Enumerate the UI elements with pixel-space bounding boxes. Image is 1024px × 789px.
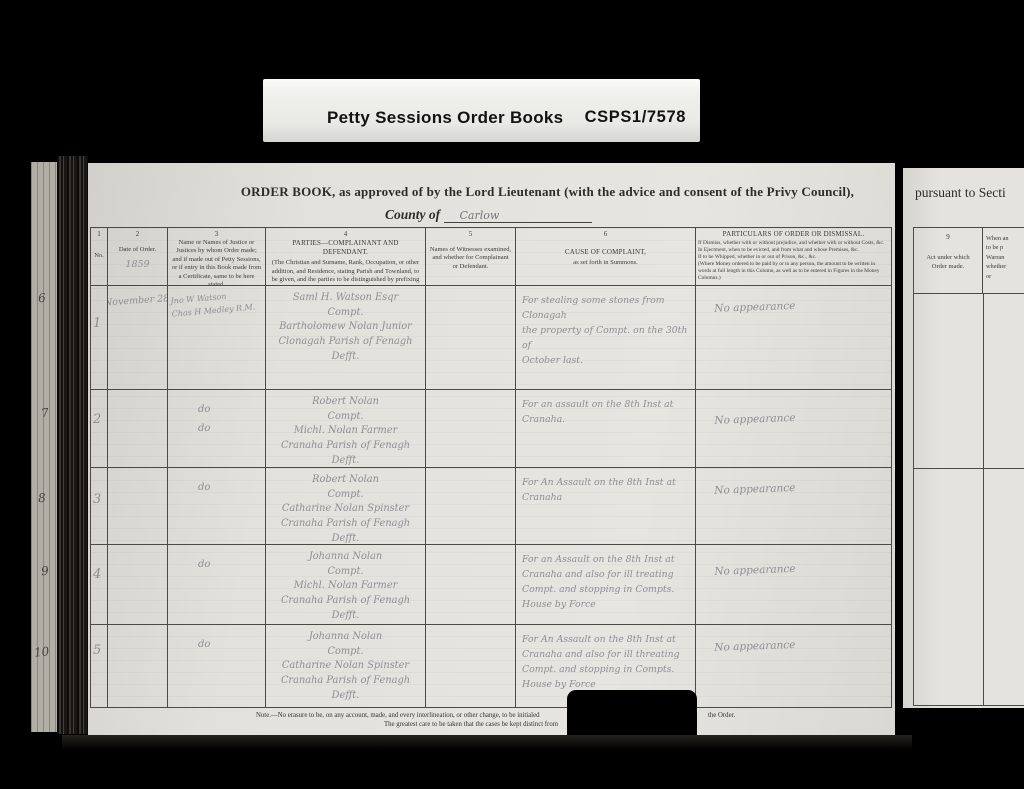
order-book-table: 1 No. 2 Date of Order. 1859 3 Name or Na… [90, 227, 892, 708]
entry-number: 4 [93, 567, 101, 582]
cell-no: 3 [91, 468, 108, 544]
cell-date [108, 545, 168, 624]
header-cell-parties: 4 PARTIES—COMPLAINANT AND DEFENDANT. (Th… [266, 228, 426, 285]
column-number: 6 [516, 228, 695, 238]
header-justices-label: Name or Names of Justice or Justices by … [168, 238, 265, 285]
column-number: 4 [266, 228, 425, 238]
facing-page-act-column: 9 Act under which Order made. [914, 228, 983, 293]
entry-row-4: 4 do Johanna Nolan Compt. Michl. Nolan F… [91, 545, 891, 625]
column-number: 3 [168, 228, 265, 238]
cell-justices: Jno W Watson Chas H Medley R.M. [168, 286, 266, 389]
entry-row-2: 2 do do Robert Nolan Compt. Michl. Nolan… [91, 390, 891, 468]
entry-row-1: 1 November 28th Jno W Watson Chas H Medl… [91, 286, 891, 390]
cell-witnesses [426, 545, 516, 624]
cell-justices: do [168, 545, 266, 624]
header-no-label: No. [91, 238, 107, 261]
entry-date: November 28th [108, 292, 168, 308]
column-number: 1 [91, 228, 107, 238]
archive-reference-code: CSPS1/7578 [585, 108, 686, 127]
entry-justices: do [198, 635, 210, 654]
facing-page-column-divider [983, 294, 984, 706]
header-parties-subtext: (The Christian and Surname, Rank, Occupa… [266, 258, 425, 285]
header-cause-subtext: as set forth in Summons. [516, 258, 695, 268]
entry-cause: For stealing some stones from Clonagah t… [516, 286, 695, 368]
header-parties-label: PARTIES—COMPLAINANT AND DEFENDANT. [266, 238, 425, 258]
cell-parties: Robert Nolan Compt. Catharine Nolan Spin… [266, 468, 426, 544]
cell-no: 4 [91, 545, 108, 624]
cell-witnesses [426, 625, 516, 707]
entry-parties: Saml H. Watson Esqr Compt. Bartholomew N… [266, 286, 425, 364]
entry-parties: Johanna Nolan Compt. Catharine Nolan Spi… [266, 625, 425, 703]
header-cell-date: 2 Date of Order. 1859 [108, 228, 168, 285]
entry-number: 5 [93, 643, 101, 658]
column-number: 2 [108, 228, 167, 238]
entry-number: 1 [93, 316, 101, 331]
page-bottom-shadow [62, 735, 912, 752]
header-particulars-label: PARTICULARS OF ORDER OR DISMISSAL. [696, 228, 891, 240]
entry-order: No appearance [696, 468, 891, 497]
facing-page-header-row: 9 Act under which Order made. When an to… [914, 228, 1024, 294]
entry-order: No appearance [696, 286, 891, 315]
cell-cause: For stealing some stones from Clonagah t… [516, 286, 696, 389]
cell-order: No appearance [696, 468, 891, 544]
entry-number: 3 [93, 492, 101, 507]
margin-row-number: 7 [40, 406, 49, 421]
facing-page-row-line [914, 705, 1024, 706]
entry-cause: For An Assault on the 8th Inst at Cranah… [516, 468, 695, 506]
header-cell-particulars: PARTICULARS OF ORDER OR DISMISSAL. If Di… [696, 228, 891, 285]
cell-no: 2 [91, 390, 108, 467]
entry-cause: For an assault on the 8th Inst at Cranah… [516, 390, 695, 428]
cell-justices: do do [168, 390, 266, 467]
scanned-register-photo: Petty Sessions Order Books CSPS1/7578 6 … [0, 0, 1024, 789]
cell-date [108, 390, 168, 467]
facing-page-partial: pursuant to Secti 9 Act under which Orde… [903, 168, 1024, 708]
handwritten-year: 1859 [108, 259, 167, 270]
entry-row-5: 5 do Johanna Nolan Compt. Catharine Nola… [91, 625, 891, 707]
entry-parties: Robert Nolan Compt. Michl. Nolan Farmer … [266, 390, 425, 467]
margin-row-number: 10 [33, 644, 50, 660]
cell-no: 5 [91, 625, 108, 707]
cell-justices: do [168, 468, 266, 544]
entry-order: No appearance [696, 545, 891, 578]
cell-order: No appearance [696, 625, 891, 707]
entry-parties: Johanna Nolan Compt. Michl. Nolan Farmer… [266, 545, 425, 623]
county-label: County of [385, 207, 440, 222]
entry-justices: do [198, 478, 210, 497]
header-cell-justices: 3 Name or Names of Justice or Justices b… [168, 228, 266, 285]
cell-justices: do [168, 625, 266, 707]
entry-cause: For an Assault on the 8th Inst at Cranah… [516, 545, 695, 613]
entry-number: 2 [93, 412, 101, 427]
cell-order: No appearance [696, 390, 891, 467]
entry-justices: Jno W Watson Chas H Medley R.M. [170, 288, 256, 321]
county-value-handwritten: Carlow [444, 209, 592, 223]
entry-order: No appearance [696, 625, 891, 654]
cell-parties: Johanna Nolan Compt. Catharine Nolan Spi… [266, 625, 426, 707]
entry-parties: Robert Nolan Compt. Catharine Nolan Spin… [266, 468, 425, 544]
cell-no: 1 [91, 286, 108, 389]
cell-cause: For An Assault on the 8th Inst at Cranah… [516, 468, 696, 544]
column-number: 9 [914, 231, 982, 243]
footer-note-line2: The greatest care to be taken that the c… [384, 721, 558, 728]
cell-order: No appearance [696, 286, 891, 389]
cell-cause: For an Assault on the 8th Inst at Cranah… [516, 545, 696, 624]
cell-cause: For an assault on the 8th Inst at Cranah… [516, 390, 696, 467]
column-number: 5 [426, 228, 515, 238]
header-particulars-subtext: If Dismiss, whether with or without prej… [696, 240, 891, 281]
margin-row-number: 6 [37, 291, 46, 306]
cell-date: November 28th [108, 286, 168, 389]
archive-label-strip: Petty Sessions Order Books CSPS1/7578 [263, 79, 700, 142]
footer-note-line1-end: the Order. [708, 712, 735, 719]
table-header-row: 1 No. 2 Date of Order. 1859 3 Name or Na… [91, 228, 891, 286]
header-date-label: Date of Order. [108, 238, 167, 255]
book-spine-page-edges [57, 156, 88, 734]
entry-row-3: 3 do Robert Nolan Compt. Catharine Nolan… [91, 468, 891, 545]
cell-parties: Saml H. Watson Esqr Compt. Bartholomew N… [266, 286, 426, 389]
header-cause-label: CAUSE OF COMPLAINT, [516, 238, 695, 258]
facing-page-clipped-column: When an to be p Warran whether or [983, 228, 1024, 293]
cell-date [108, 468, 168, 544]
margin-row-number: 9 [40, 564, 49, 579]
entry-cause: For An Assault on the 8th Inst at Cranah… [516, 625, 695, 693]
header-cell-no: 1 No. [91, 228, 108, 285]
header-witnesses-label: Names of Witnesses examined, and whether… [426, 238, 515, 272]
cell-witnesses [426, 468, 516, 544]
cell-order: No appearance [696, 545, 891, 624]
entry-justices: do do [198, 400, 210, 438]
cell-parties: Robert Nolan Compt. Michl. Nolan Farmer … [266, 390, 426, 467]
ledger-page: ORDER BOOK, as approved of by the Lord L… [88, 163, 895, 735]
entry-order: No appearance [696, 390, 891, 427]
header-cell-witnesses: 5 Names of Witnesses examined, and wheth… [426, 228, 516, 285]
cell-parties: Johanna Nolan Compt. Michl. Nolan Farmer… [266, 545, 426, 624]
facing-page-title-fragment: pursuant to Secti [915, 185, 1006, 201]
facing-page-row-line [914, 468, 1024, 469]
page-title: ORDER BOOK, as approved of by the Lord L… [206, 184, 889, 200]
archive-label-title: Petty Sessions Order Books [327, 108, 563, 128]
margin-row-number: 8 [37, 491, 46, 506]
county-line: County of Carlow [385, 207, 592, 223]
cell-date [108, 625, 168, 707]
cell-witnesses [426, 286, 516, 389]
footer-note-line1: Note.—No erasure to be, on any account, … [256, 712, 539, 719]
facing-page-table: 9 Act under which Order made. When an to… [913, 227, 1024, 706]
header-cell-cause: 6 CAUSE OF COMPLAINT, as set forth in Su… [516, 228, 696, 285]
facing-page-act-header: Act under which Order made. [914, 243, 982, 271]
cell-witnesses [426, 390, 516, 467]
entry-justices: do [198, 555, 210, 574]
